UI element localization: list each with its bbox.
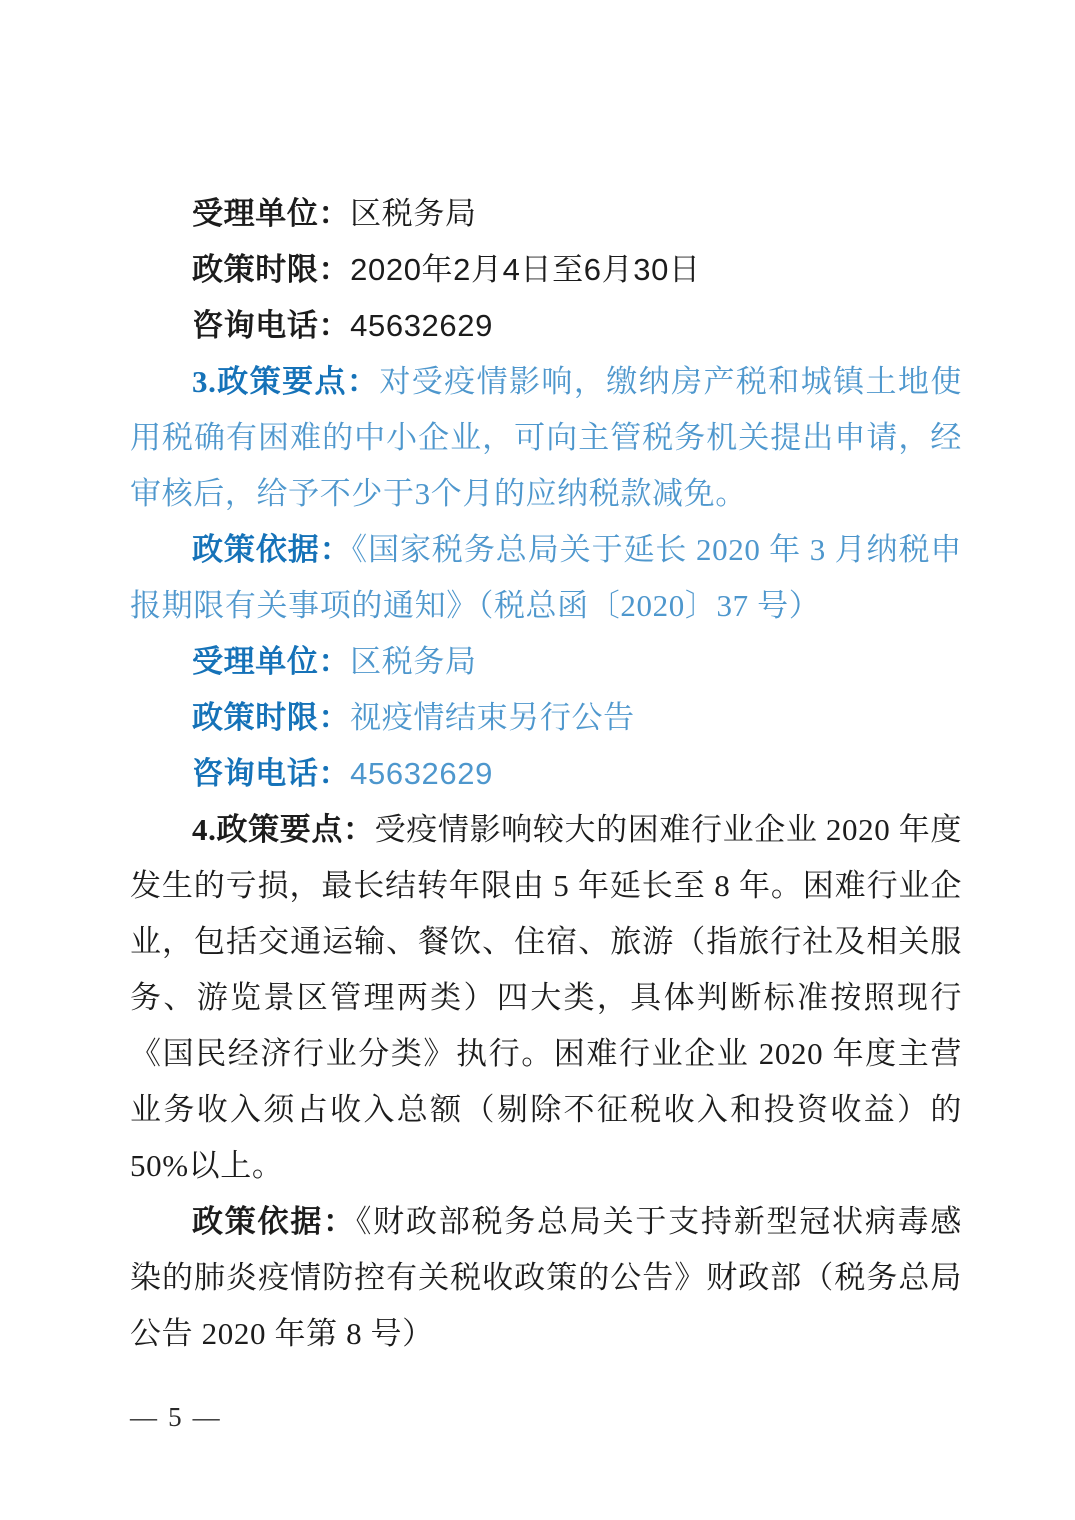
section4-point-paragraph: 4.政策要点：受疫情影响较大的困难行业企业 2020 年度发生的亏损，最长结转年… [130,802,962,1194]
section3-period-label: 政策时限： [192,700,350,735]
section3-phone-label: 咨询电话： [192,756,350,791]
page-number: — 5 — [130,1402,222,1433]
section3-point-paragraph: 3.政策要点：对受疫情影响，缴纳房产税和城镇土地使用税确有困难的中小企业，可向主… [130,354,962,522]
intro-period-line: 政策时限：2020年2月4日至6月30日 [130,242,962,298]
section3-period-line: 政策时限：视疫情结束另行公告 [130,690,962,746]
intro-phone-line: 咨询电话：45632629 [130,298,962,354]
section3-unit-line: 受理单位：区税务局 [130,634,962,690]
section3-unit-value: 区税务局 [350,644,476,679]
section3-phone-value: 45632629 [350,756,493,791]
intro-unit-value: 区税务局 [350,196,476,231]
document-page: 受理单位：区税务局 政策时限：2020年2月4日至6月30日 咨询电话：4563… [0,0,1075,1520]
section4-basis-label: 政策依据： [192,1204,356,1239]
section3-period-value: 视疫情结束另行公告 [350,700,635,735]
section4-basis-paragraph: 政策依据：《财政部税务总局关于支持新型冠状病毒感染的肺炎疫情防控有关税收政策的公… [130,1194,962,1362]
intro-unit-label: 受理单位： [192,196,350,231]
section4-point-label: 4.政策要点： [192,812,375,847]
section3-unit-label: 受理单位： [192,644,350,679]
section3-phone-line: 咨询电话：45632629 [130,746,962,802]
intro-phone-label: 咨询电话： [192,308,350,343]
section3-basis-label: 政策依据： [192,532,352,567]
intro-unit-line: 受理单位：区税务局 [130,186,962,242]
section4-point-text: 受疫情影响较大的困难行业企业 2020 年度发生的亏损，最长结转年限由 5 年延… [130,812,962,1183]
section3-basis-paragraph: 政策依据：《国家税务总局关于延长 2020 年 3 月纳税申报期限有关事项的通知… [130,522,962,634]
intro-period-label: 政策时限： [192,252,350,287]
document-content: 受理单位：区税务局 政策时限：2020年2月4日至6月30日 咨询电话：4563… [130,186,962,1362]
intro-phone-value: 45632629 [350,308,493,343]
intro-period-value: 2020年2月4日至6月30日 [350,252,700,287]
section3-point-label: 3.政策要点： [192,364,379,399]
